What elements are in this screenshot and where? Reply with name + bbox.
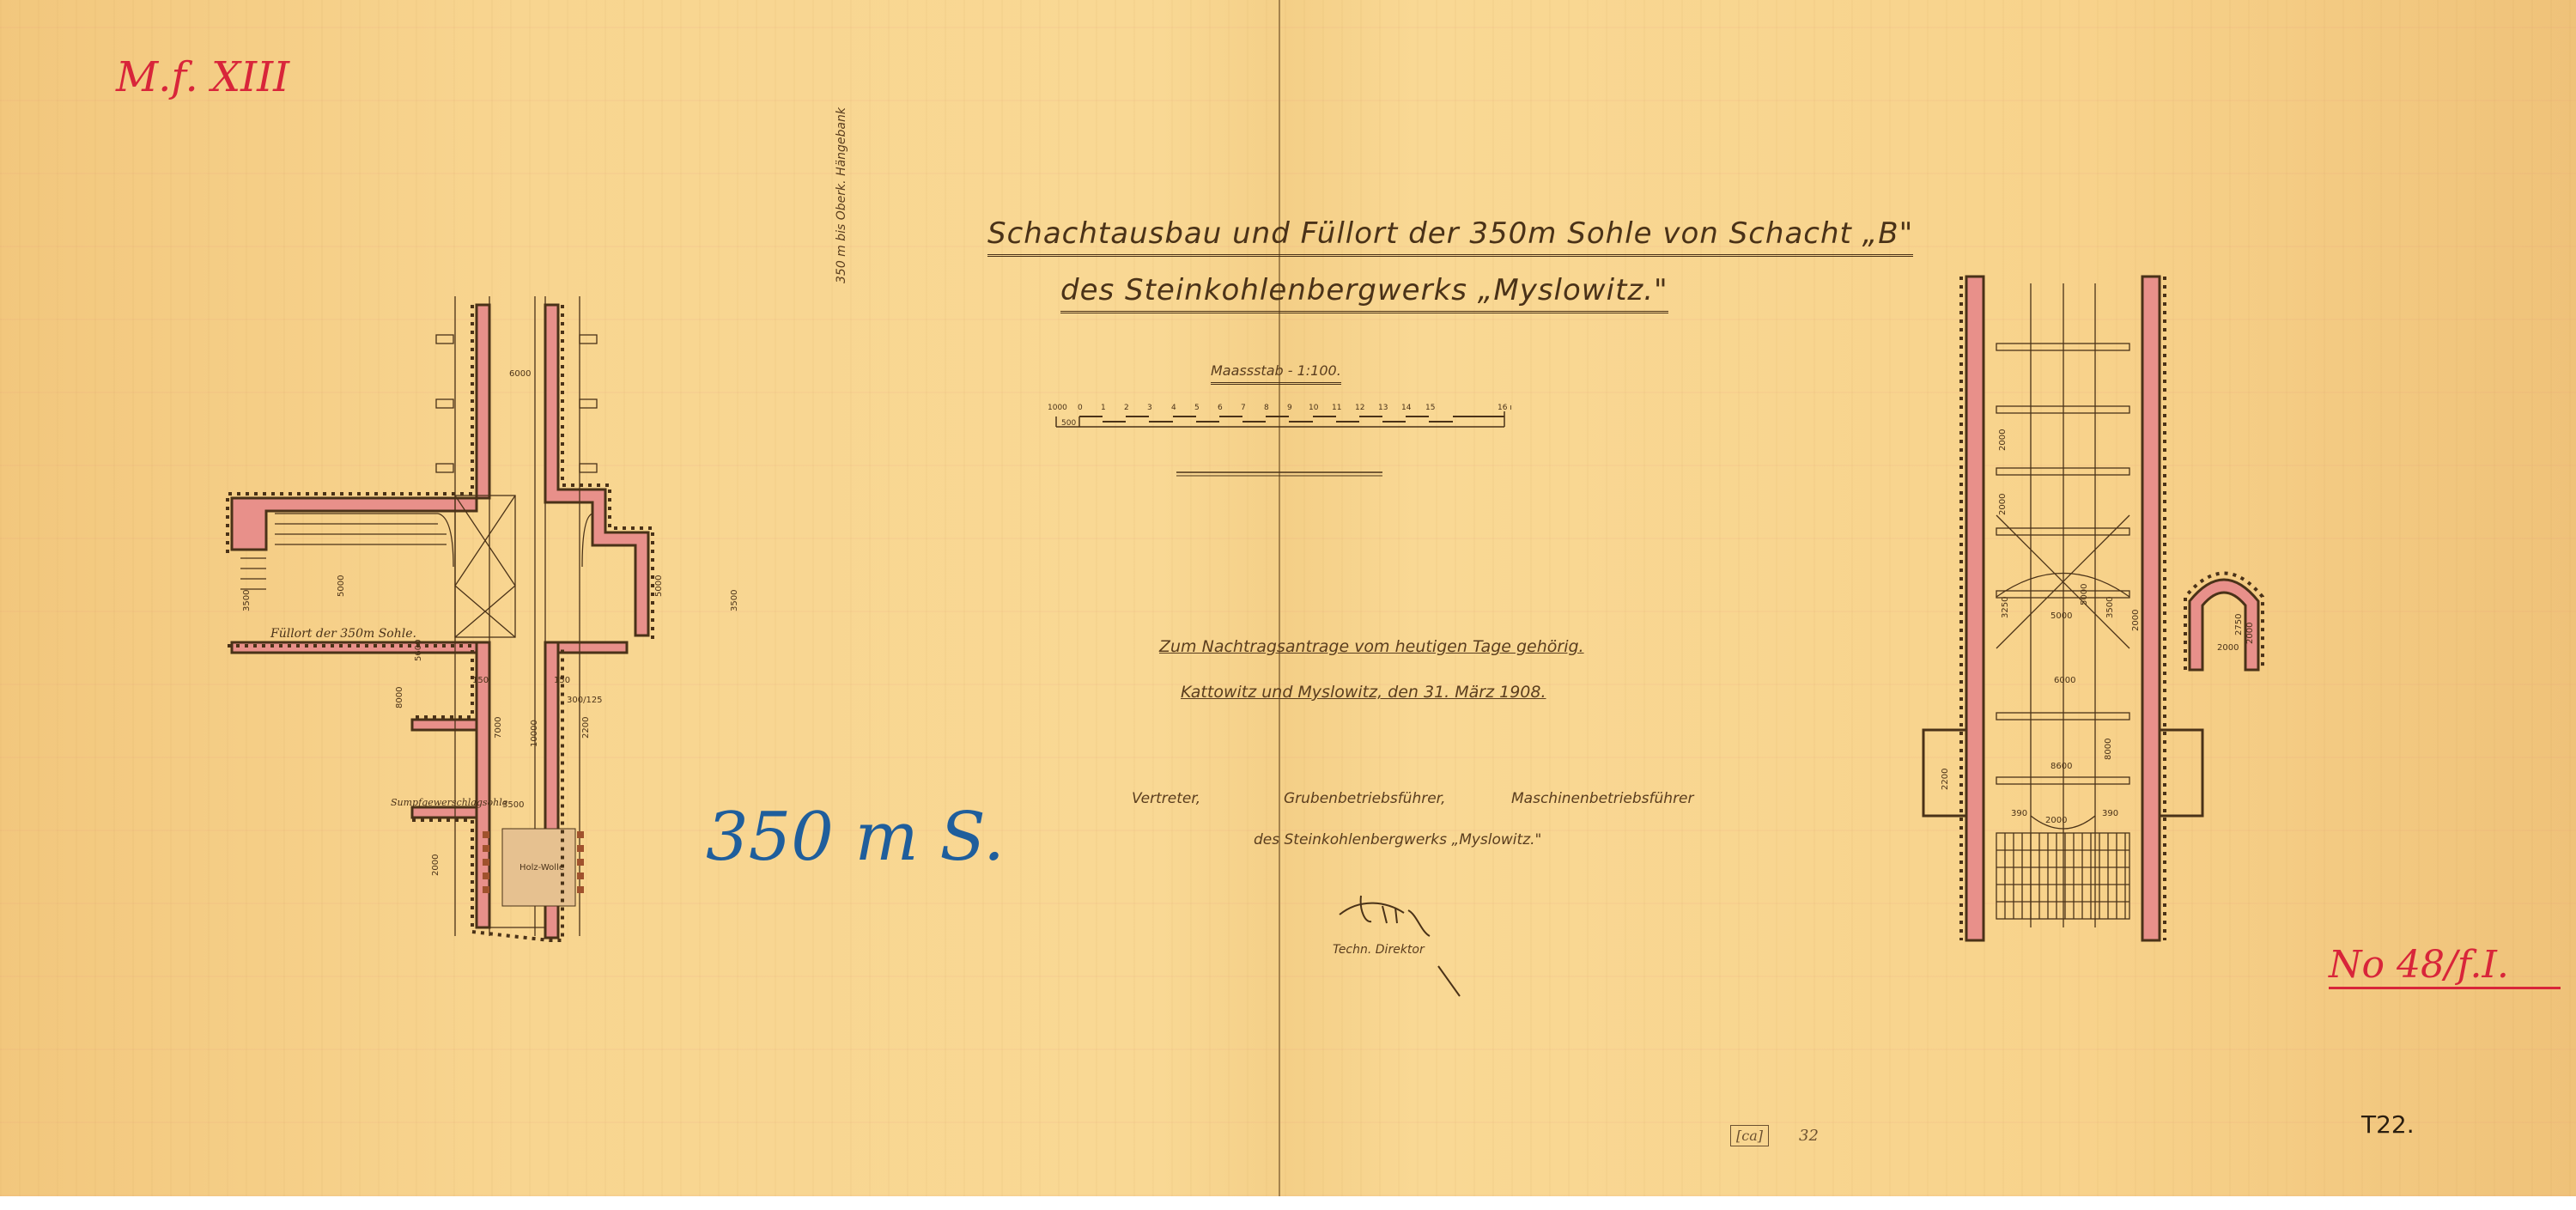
svg-text:2: 2 <box>1124 404 1129 412</box>
svg-text:150: 150 <box>554 676 570 685</box>
svg-text:10000: 10000 <box>530 720 539 747</box>
svg-text:Holz-Wolle: Holz-Wolle <box>519 863 564 873</box>
svg-text:13: 13 <box>1378 404 1388 412</box>
archive-stamp-box: [ca] <box>1730 1125 1769 1146</box>
svg-text:5: 5 <box>1194 404 1200 412</box>
svg-text:16 m.: 16 m. <box>1498 404 1511 412</box>
svg-text:5600: 5600 <box>414 640 423 661</box>
signatory-representative: Vertreter, <box>1132 790 1200 807</box>
svg-text:2000: 2000 <box>2045 816 2067 825</box>
svg-text:7: 7 <box>1241 404 1246 412</box>
svg-text:6: 6 <box>1218 404 1223 412</box>
archive-stamp-number: 32 <box>1799 1127 1819 1145</box>
svg-text:9: 9 <box>1287 404 1292 412</box>
svg-text:8000: 8000 <box>2104 739 2113 760</box>
svg-text:3: 3 <box>1147 404 1152 412</box>
svg-text:1: 1 <box>1101 404 1106 412</box>
svg-text:2000: 2000 <box>2245 623 2255 644</box>
drawing-sheet: M.f. XIII Schachtausbau und Füllort der … <box>0 0 2576 1196</box>
svg-text:14: 14 <box>1401 404 1412 412</box>
svg-text:8000: 8000 <box>395 687 404 708</box>
svg-text:12: 12 <box>1355 404 1364 412</box>
svg-text:8600: 8600 <box>2050 762 2072 771</box>
archive-mark-top-left: M.f. XIII <box>116 53 289 101</box>
svg-text:5000: 5000 <box>337 575 346 597</box>
svg-text:2750: 2750 <box>2234 614 2244 635</box>
decorative-rule <box>1176 471 1382 477</box>
svg-text:3500: 3500 <box>242 590 252 611</box>
signatory-machine-manager: Maschinenbetriebsführer <box>1511 790 1694 807</box>
svg-text:2200: 2200 <box>581 717 591 739</box>
drawing-number: No 48/f.I. <box>2329 943 2561 989</box>
svg-text:390: 390 <box>2102 809 2118 818</box>
scale-label: Maassstab - 1:100. <box>1211 362 1341 385</box>
svg-text:7000: 7000 <box>494 717 503 739</box>
svg-text:2000: 2000 <box>1998 429 2008 451</box>
svg-text:10: 10 <box>1309 404 1319 412</box>
left-shaft-section-drawing: 6000 5000 5000 3500 3500 3500 150150 300… <box>215 292 816 962</box>
svg-text:3250: 3250 <box>2001 597 2010 618</box>
drawing-number-text: No 48/f.I. <box>2329 943 2509 987</box>
svg-text:5000: 5000 <box>654 575 664 597</box>
svg-text:8: 8 <box>1264 404 1269 412</box>
svg-text:2000: 2000 <box>2217 643 2239 653</box>
svg-text:11: 11 <box>1332 404 1341 412</box>
svg-text:1000: 1000 <box>1048 404 1067 412</box>
signatories-line-2: des Steinkohlenbergwerks „Myslowitz." <box>1254 831 1541 848</box>
svg-text:5000: 5000 <box>2050 611 2072 621</box>
right-shaft-elevation-drawing: 2000 2000 5000 5000 3250 3500 2000 2750 … <box>1906 266 2301 953</box>
svg-text:2000: 2000 <box>2131 610 2141 631</box>
svg-text:2000: 2000 <box>431 854 440 876</box>
signature-title: Techn. Direktor <box>1333 943 1425 957</box>
statement-line-2: Kattowitz und Myslowitz, den 31. März 19… <box>1181 683 1546 702</box>
scale-bar: 1000500 0123 4567 891011 12131415 16 m. <box>1048 399 1511 442</box>
title-line-1: Schachtausbau und Füllort der 350m Sohle… <box>987 216 1913 257</box>
center-fold-line <box>1279 0 1280 1196</box>
vertical-depth-note: 350 m bis Oberk. Hängebank <box>835 107 848 283</box>
svg-text:390: 390 <box>2011 809 2027 818</box>
svg-text:3500: 3500 <box>2105 597 2115 618</box>
sump-label: Sumpfgewerschlagsohle <box>391 797 508 808</box>
svg-text:300/125: 300/125 <box>567 696 603 705</box>
svg-text:3500: 3500 <box>730 590 739 611</box>
svg-text:2200: 2200 <box>1941 769 1950 790</box>
level-label: Füllort der 350m Sohle. <box>270 627 416 641</box>
title-line-2: des Steinkohlenbergwerks „Myslowitz." <box>1060 273 1668 313</box>
svg-text:5000: 5000 <box>2080 584 2089 605</box>
svg-text:6000: 6000 <box>509 369 531 379</box>
svg-text:4: 4 <box>1171 404 1176 412</box>
sheet-code: T22. <box>2361 1110 2415 1139</box>
svg-text:500: 500 <box>1061 419 1076 428</box>
svg-text:150: 150 <box>472 676 489 685</box>
svg-text:6000: 6000 <box>2054 676 2075 685</box>
svg-text:15: 15 <box>1425 404 1435 412</box>
svg-text:0: 0 <box>1078 404 1083 412</box>
svg-text:2000: 2000 <box>1998 494 2008 515</box>
signatory-mine-manager: Grubenbetriebsführer, <box>1284 790 1446 807</box>
statement-line-1: Zum Nachtragsantrage vom heutigen Tage g… <box>1159 637 1584 656</box>
